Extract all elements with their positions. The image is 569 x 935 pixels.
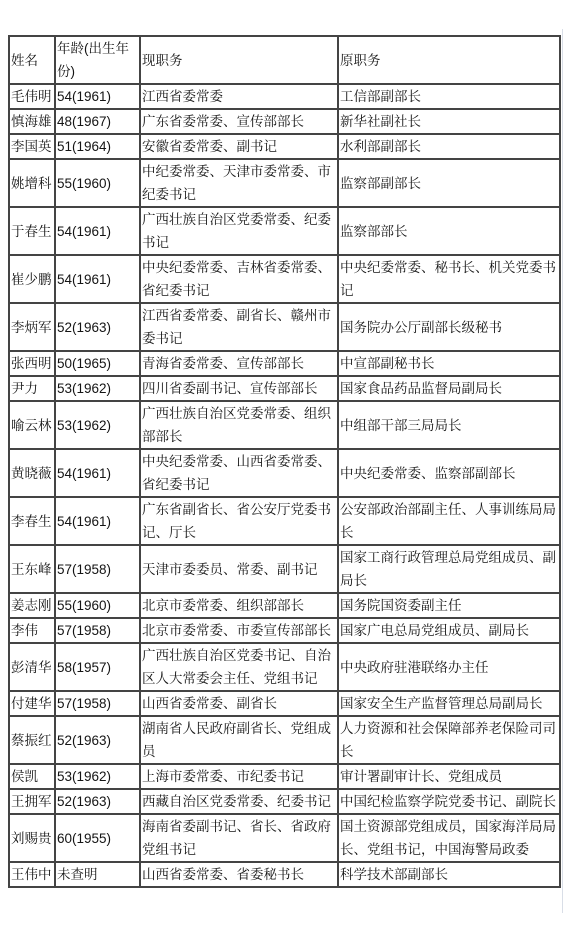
cell-current-position: 中纪委常委、天津市委常委、市纪委书记: [140, 159, 338, 207]
cell-former-position: 监察部副部长: [338, 159, 560, 207]
cell-name: 尹力: [9, 376, 55, 401]
table-row: 于春生 54(1961) 广西壮族自治区党委常委、纪委书记 监察部部长: [9, 207, 560, 255]
cell-name: 毛伟明: [9, 84, 55, 109]
cell-name: 张西明: [9, 351, 55, 376]
table-row: 王东峰 57(1958) 天津市委委员、常委、副书记 国家工商行政管理总局党组成…: [9, 545, 560, 593]
table-row: 付建华 57(1958) 山西省委常委、副省长 国家安全生产监督管理总局副局长: [9, 691, 560, 716]
table-row: 彭清华 58(1957) 广西壮族自治区党委书记、自治区人大常委会主任、党组书记…: [9, 643, 560, 691]
header-age: 年龄(出生年份): [55, 36, 140, 84]
table-row: 尹力 53(1962) 四川省委副书记、宣传部部长 国家食品药品监督局副局长: [9, 376, 560, 401]
cell-current-position: 广西壮族自治区党委书记、自治区人大常委会主任、党组书记: [140, 643, 338, 691]
cell-name: 李伟: [9, 618, 55, 643]
cell-name: 李国英: [9, 134, 55, 159]
table-row: 李炳军 52(1963) 江西省委常委、副省长、赣州市委书记 国务院办公厅副部长…: [9, 303, 560, 351]
table-row: 姚增科 55(1960) 中纪委常委、天津市委常委、市纪委书记 监察部副部长: [9, 159, 560, 207]
table-row: 崔少鹏 54(1961) 中央纪委常委、吉林省委常委、省纪委书记 中央纪委常委、…: [9, 255, 560, 303]
cell-current-position: 广西壮族自治区党委常委、组织部部长: [140, 401, 338, 449]
cell-former-position: 中央纪委常委、监察部副部长: [338, 449, 560, 497]
cell-age: 57(1958): [55, 545, 140, 593]
cell-age: 52(1963): [55, 716, 140, 764]
cell-age: 54(1961): [55, 207, 140, 255]
cell-current-position: 山西省委常委、省委秘书长: [140, 862, 338, 887]
officials-table: 姓名 年龄(出生年份) 现职务 原职务 毛伟明 54(1961) 江西省委常委 …: [8, 35, 561, 888]
table-row: 侯凯 53(1962) 上海市委常委、市纪委书记 审计署副审计长、党组成员: [9, 764, 560, 789]
cell-current-position: 西藏自治区党委常委、纪委书记: [140, 789, 338, 814]
cell-name: 彭清华: [9, 643, 55, 691]
table-row: 王拥军 52(1963) 西藏自治区党委常委、纪委书记 中国纪检监察学院党委书记…: [9, 789, 560, 814]
table-row: 张西明 50(1965) 青海省委常委、宣传部部长 中宣部副秘书长: [9, 351, 560, 376]
cell-former-position: 人力资源和社会保障部养老保险司司长: [338, 716, 560, 764]
cell-current-position: 中央纪委常委、吉林省委常委、省纪委书记: [140, 255, 338, 303]
table-row: 李春生 54(1961) 广东省副省长、省公安厅党委书记、厅长 公安部政治部副主…: [9, 497, 560, 545]
table-row: 黄晓薇 54(1961) 中央纪委常委、山西省委常委、省纪委书记 中央纪委常委、…: [9, 449, 560, 497]
cell-former-position: 国家食品药品监督局副局长: [338, 376, 560, 401]
cell-current-position: 广西壮族自治区党委常委、纪委书记: [140, 207, 338, 255]
cell-former-position: 国务院国资委副主任: [338, 593, 560, 618]
cell-former-position: 公安部政治部副主任、人事训练局局长: [338, 497, 560, 545]
cell-current-position: 江西省委常委: [140, 84, 338, 109]
cell-former-position: 国家安全生产监督管理总局副局长: [338, 691, 560, 716]
table-row: 慎海雄 48(1967) 广东省委常委、宣传部部长 新华社副社长: [9, 109, 560, 134]
cell-age: 52(1963): [55, 303, 140, 351]
cell-age: 52(1963): [55, 789, 140, 814]
cell-former-position: 中央纪委常委、秘书长、机关党委书记: [338, 255, 560, 303]
cell-name: 崔少鹏: [9, 255, 55, 303]
cell-age: 53(1962): [55, 401, 140, 449]
cell-former-position: 国家工商行政管理总局党组成员、副局长: [338, 545, 560, 593]
cell-former-position: 水利部副部长: [338, 134, 560, 159]
cell-age: 53(1962): [55, 764, 140, 789]
cell-former-position: 国土资源部党组成员，国家海洋局局长、党组书记，中国海警局政委: [338, 814, 560, 862]
cell-current-position: 青海省委常委、宣传部部长: [140, 351, 338, 376]
cell-name: 慎海雄: [9, 109, 55, 134]
table-row: 王伟中 未查明 山西省委常委、省委秘书长 科学技术部副部长: [9, 862, 560, 887]
cell-former-position: 工信部副部长: [338, 84, 560, 109]
cell-name: 姚增科: [9, 159, 55, 207]
cell-former-position: 国务院办公厅副部长级秘书: [338, 303, 560, 351]
cell-current-position: 江西省委常委、副省长、赣州市委书记: [140, 303, 338, 351]
cell-age: 55(1960): [55, 593, 140, 618]
header-name: 姓名: [9, 36, 55, 84]
header-former-position: 原职务: [338, 36, 560, 84]
cell-former-position: 审计署副审计长、党组成员: [338, 764, 560, 789]
cell-name: 李炳军: [9, 303, 55, 351]
cell-age: 50(1965): [55, 351, 140, 376]
cell-current-position: 广东省委常委、宣传部部长: [140, 109, 338, 134]
page-edge-divider: [562, 29, 563, 913]
cell-current-position: 广东省副省长、省公安厅党委书记、厅长: [140, 497, 338, 545]
cell-current-position: 中央纪委常委、山西省委常委、省纪委书记: [140, 449, 338, 497]
cell-age: 48(1967): [55, 109, 140, 134]
cell-age: 51(1964): [55, 134, 140, 159]
table-row: 毛伟明 54(1961) 江西省委常委 工信部副部长: [9, 84, 560, 109]
cell-former-position: 中央政府驻港联络办主任: [338, 643, 560, 691]
cell-current-position: 四川省委副书记、宣传部部长: [140, 376, 338, 401]
cell-age: 54(1961): [55, 255, 140, 303]
cell-age: 57(1958): [55, 618, 140, 643]
cell-name: 刘赐贵: [9, 814, 55, 862]
table-row: 喻云林 53(1962) 广西壮族自治区党委常委、组织部部长 中组部干部三局局长: [9, 401, 560, 449]
cell-age: 54(1961): [55, 497, 140, 545]
cell-current-position: 安徽省委常委、副书记: [140, 134, 338, 159]
cell-age: 54(1961): [55, 84, 140, 109]
table-row: 李伟 57(1958) 北京市委常委、市委宣传部部长 国家广电总局党组成员、副局…: [9, 618, 560, 643]
table-row: 蔡振红 52(1963) 湖南省人民政府副省长、党组成员 人力资源和社会保障部养…: [9, 716, 560, 764]
table-header-row: 姓名 年龄(出生年份) 现职务 原职务: [9, 36, 560, 84]
cell-current-position: 海南省委副书记、省长、省政府党组书记: [140, 814, 338, 862]
cell-name: 于春生: [9, 207, 55, 255]
cell-age: 55(1960): [55, 159, 140, 207]
cell-name: 王伟中: [9, 862, 55, 887]
cell-name: 侯凯: [9, 764, 55, 789]
cell-former-position: 新华社副社长: [338, 109, 560, 134]
cell-name: 姜志刚: [9, 593, 55, 618]
cell-former-position: 国家广电总局党组成员、副局长: [338, 618, 560, 643]
cell-former-position: 中国纪检监察学院党委书记、副院长: [338, 789, 560, 814]
table-row: 姜志刚 55(1960) 北京市委常委、组织部部长 国务院国资委副主任: [9, 593, 560, 618]
cell-name: 喻云林: [9, 401, 55, 449]
cell-former-position: 科学技术部副部长: [338, 862, 560, 887]
cell-name: 王拥军: [9, 789, 55, 814]
cell-name: 付建华: [9, 691, 55, 716]
table-row: 李国英 51(1964) 安徽省委常委、副书记 水利部副部长: [9, 134, 560, 159]
cell-name: 黄晓薇: [9, 449, 55, 497]
cell-name: 蔡振红: [9, 716, 55, 764]
cell-age: 60(1955): [55, 814, 140, 862]
cell-age: 54(1961): [55, 449, 140, 497]
cell-current-position: 湖南省人民政府副省长、党组成员: [140, 716, 338, 764]
cell-current-position: 山西省委常委、副省长: [140, 691, 338, 716]
cell-name: 李春生: [9, 497, 55, 545]
cell-current-position: 北京市委常委、市委宣传部部长: [140, 618, 338, 643]
cell-age: 53(1962): [55, 376, 140, 401]
cell-age: 未查明: [55, 862, 140, 887]
cell-age: 57(1958): [55, 691, 140, 716]
header-current-position: 现职务: [140, 36, 338, 84]
table-row: 刘赐贵 60(1955) 海南省委副书记、省长、省政府党组书记 国土资源部党组成…: [9, 814, 560, 862]
cell-current-position: 北京市委常委、组织部部长: [140, 593, 338, 618]
cell-former-position: 监察部部长: [338, 207, 560, 255]
cell-former-position: 中宣部副秘书长: [338, 351, 560, 376]
cell-age: 58(1957): [55, 643, 140, 691]
cell-former-position: 中组部干部三局局长: [338, 401, 560, 449]
cell-current-position: 天津市委委员、常委、副书记: [140, 545, 338, 593]
cell-current-position: 上海市委常委、市纪委书记: [140, 764, 338, 789]
cell-name: 王东峰: [9, 545, 55, 593]
